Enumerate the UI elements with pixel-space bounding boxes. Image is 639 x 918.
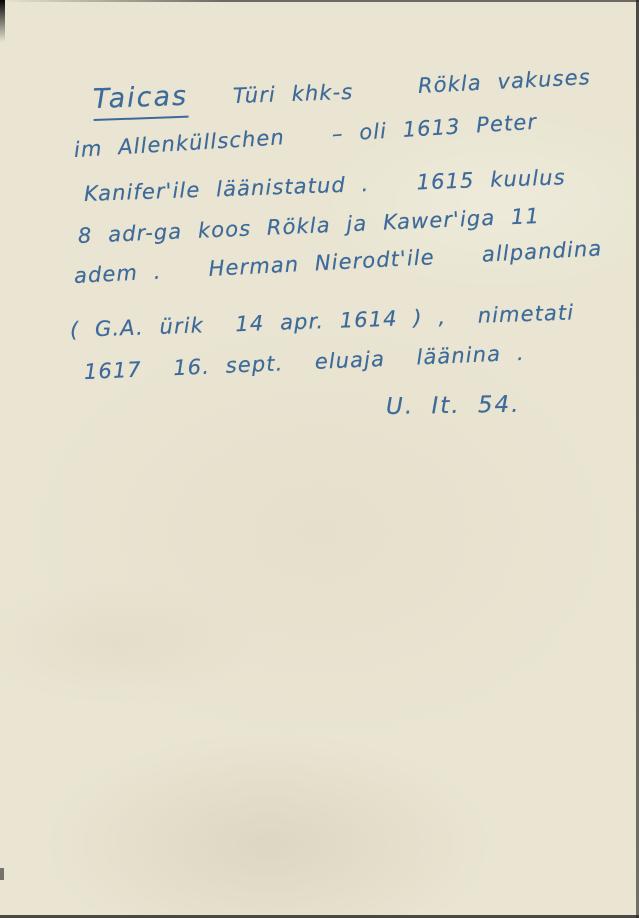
handwriting-line-3: Kanifer'ile läänistatud . 1615 kuulus — [84, 165, 566, 206]
handwriting-line-6: ( G.A. ürik 14 apr. 1614 ) , nimetati — [70, 300, 575, 342]
parish-label: Türi khk-s — [233, 80, 354, 108]
signature-initials: U. It. 54. — [386, 392, 521, 420]
district-label: Rökla vakuses — [417, 65, 591, 98]
scanned-note-page: Taicas Türi khk-s Rökla vakuses im Allen… — [0, 0, 639, 918]
scan-edge-left-tick — [0, 868, 4, 880]
scan-edge-top — [0, 0, 639, 2]
place-name-heading: Taicas — [92, 81, 188, 121]
scan-corner-mark — [0, 0, 5, 42]
handwriting-line-4: 8 adr-ga koos Rökla ja Kawer'iga 11 — [77, 204, 540, 248]
handwriting-line-7: 1617 16. sept. eluaja läänina . — [83, 341, 525, 384]
